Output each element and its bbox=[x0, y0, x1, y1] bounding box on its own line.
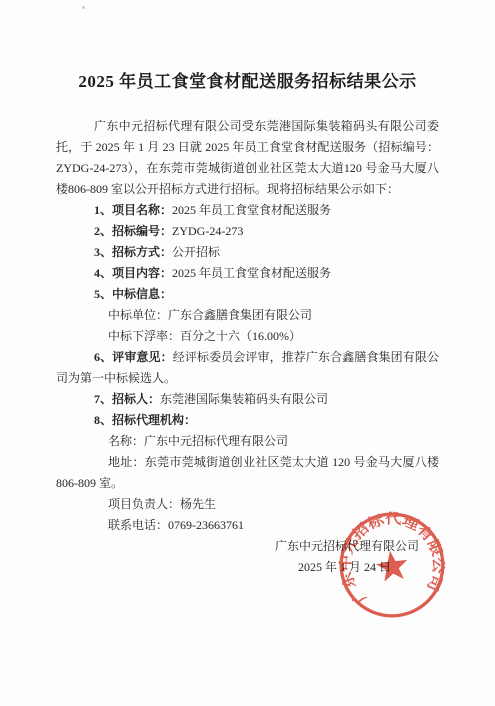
field-value: 中标单位：广东合鑫膳食集团有限公司 bbox=[108, 308, 312, 322]
field-row-award-info-heading: 5、中标信息： bbox=[56, 284, 439, 305]
field-row-project-content: 4、项目内容：2025 年员工食堂食材配送服务 bbox=[56, 263, 439, 284]
field-row-agency-address: 地址：东莞市莞城街道创业社区莞太大道 120 号金马大厦八楼 806-809 室… bbox=[56, 452, 439, 494]
field-row-tender-number: 2、招标编号：ZYDG-24-273 bbox=[56, 221, 439, 242]
document-body: 广东中元招标代理有限公司受东莞港国际集装箱码头有限公司委托，于 2025 年 1… bbox=[56, 116, 439, 578]
signature-date: 2025 年 1 月 24 日 bbox=[56, 557, 439, 578]
field-row-review-opinion: 6、评审意见：经评标委员会评审，推荐广东合鑫膳食集团有限公司为第一中标候选人。 bbox=[56, 347, 439, 389]
document-title: 2025 年员工食堂食材配送服务招标结果公示 bbox=[56, 72, 439, 92]
field-label: 5、中标信息： bbox=[94, 287, 172, 301]
field-value: 东莞港国际集装箱码头有限公司 bbox=[160, 392, 328, 406]
field-label: 3、招标方式： bbox=[94, 245, 172, 259]
field-row-contact-phone: 联系电话：0769-23663761 bbox=[56, 515, 439, 536]
document-content: 2025 年员工食堂食材配送服务招标结果公示 广东中元招标代理有限公司受东莞港国… bbox=[0, 72, 495, 578]
signature-block: 广东中元招标代理有限公司 2025 年 1 月 24 日 bbox=[56, 536, 439, 578]
field-row-award-winner: 中标单位：广东合鑫膳食集团有限公司 bbox=[56, 305, 439, 326]
field-label: 1、项目名称： bbox=[94, 203, 172, 217]
field-label: 8、招标代理机构： bbox=[94, 413, 196, 427]
field-row-tender-method: 3、招标方式：公开招标 bbox=[56, 242, 439, 263]
intro-paragraph: 广东中元招标代理有限公司受东莞港国际集装箱码头有限公司委托，于 2025 年 1… bbox=[56, 116, 439, 200]
field-value: 公开招标 bbox=[172, 245, 220, 259]
field-row-agency-name: 名称：广东中元招标代理有限公司 bbox=[56, 431, 439, 452]
field-value: ZYDG-24-273 bbox=[172, 224, 243, 238]
field-row-tenderee: 7、招标人：东莞港国际集装箱码头有限公司 bbox=[56, 389, 439, 410]
field-label: 2、招标编号： bbox=[94, 224, 172, 238]
field-value: 2025 年员工食堂食材配送服务 bbox=[172, 266, 331, 280]
scan-speck bbox=[82, 6, 85, 9]
field-label: 7、招标人： bbox=[94, 392, 160, 406]
field-value: 联系电话：0769-23663761 bbox=[108, 518, 244, 532]
field-value: 2025 年员工食堂食材配送服务 bbox=[172, 203, 331, 217]
field-row-project-name: 1、项目名称：2025 年员工食堂食材配送服务 bbox=[56, 200, 439, 221]
field-label: 6、评审意见： bbox=[94, 350, 173, 364]
field-row-project-manager: 项目负责人：杨先生 bbox=[56, 494, 439, 515]
field-row-discount-rate: 中标下浮率：百分之十六（16.00%） bbox=[56, 326, 439, 347]
field-value: 地址：东莞市莞城街道创业社区莞太大道 120 号金马大厦八楼 806-809 室… bbox=[56, 455, 439, 490]
field-value: 项目负责人：杨先生 bbox=[108, 497, 216, 511]
field-value: 名称：广东中元招标代理有限公司 bbox=[108, 434, 288, 448]
signature-company: 广东中元招标代理有限公司 bbox=[56, 536, 439, 557]
field-row-agency-heading: 8、招标代理机构： bbox=[56, 410, 439, 431]
field-value: 中标下浮率：百分之十六（16.00%） bbox=[108, 329, 301, 343]
document-page: 2025 年员工食堂食材配送服务招标结果公示 广东中元招标代理有限公司受东莞港国… bbox=[0, 0, 495, 706]
field-label: 4、项目内容： bbox=[94, 266, 172, 280]
